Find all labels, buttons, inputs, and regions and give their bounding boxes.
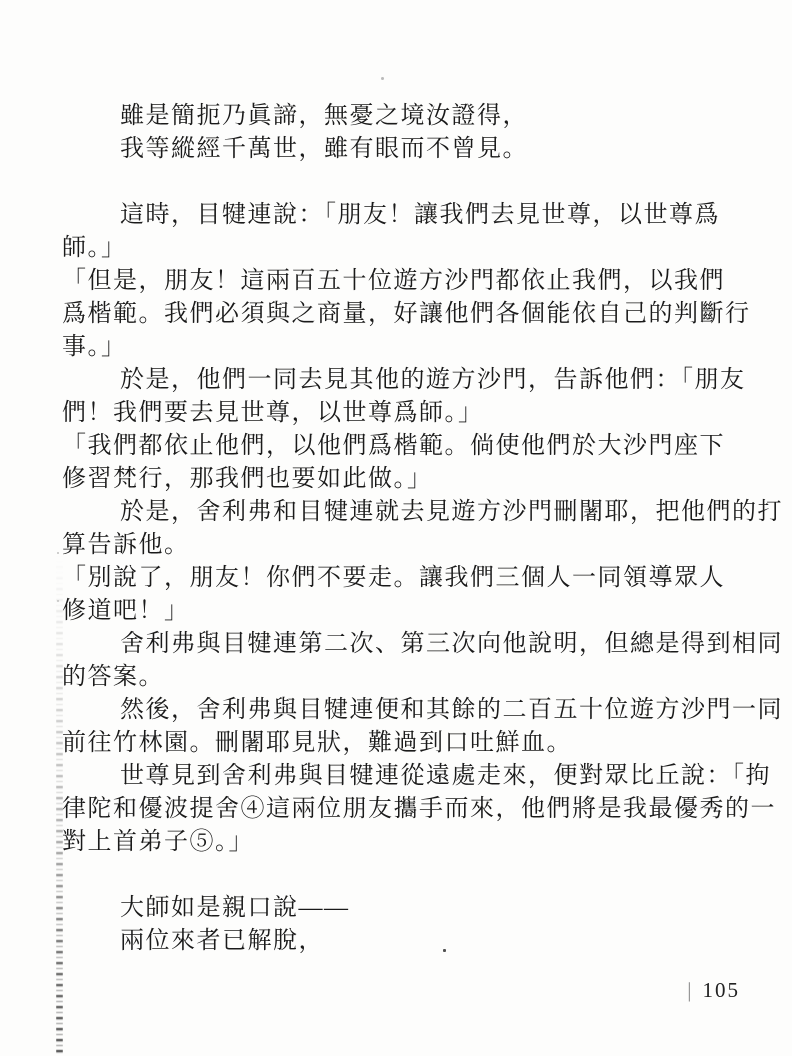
blank-line (62, 859, 738, 892)
paragraph: 於是，他們一同去見其他的遊方沙門，告訴他們：「朋友 們！我們要去見世尊，以世尊爲… (62, 364, 738, 430)
text-line: 事。」 (62, 331, 738, 364)
paragraph: 然後，舍利弗與目犍連便和其餘的二百五十位遊方沙門一同 前往竹林園。刪闍耶見狀，難… (62, 694, 738, 760)
text-line: 這時，目犍連說：「朋友！讓我們去見世尊，以世尊爲 (62, 199, 738, 232)
text-line: 前往竹林園。刪闍耶見狀，難過到口吐鮮血。 (62, 727, 738, 760)
closing-verse: 大師如是親口說—— 兩位來者已解脫， (62, 892, 738, 958)
text-line: 然後，舍利弗與目犍連便和其餘的二百五十位遊方沙門一同 (62, 694, 738, 727)
book-page: 雖是簡扼乃眞諦，無憂之境汝證得， 我等縱經千萬世，雖有眼而不曾見。 這時，目犍連… (0, 0, 792, 1056)
text-line: 爲楷範。我們必須與之商量，好讓他們各個能依自己的判斷行 (62, 298, 738, 331)
paragraph: 這時，目犍連說：「朋友！讓我們去見世尊，以世尊爲 師。」 (62, 199, 738, 265)
ink-speck (443, 949, 446, 952)
text-line: 們！我們要去見世尊，以世尊爲師。」 (62, 397, 738, 430)
text-line: 「但是，朋友！這兩百五十位遊方沙門都依止我們，以我們 (62, 265, 738, 298)
text-block: 雖是簡扼乃眞諦，無憂之境汝證得， 我等縱經千萬世，雖有眼而不曾見。 這時，目犍連… (62, 100, 738, 958)
text-line: 舍利弗與目犍連第二次、第三次向他說明，但總是得到相同 (62, 628, 738, 661)
page-number-value: 105 (703, 978, 741, 1002)
verse-line: 雖是簡扼乃眞諦，無憂之境汝證得， (62, 100, 738, 133)
paragraph: 於是，舍利弗和目犍連就去見遊方沙門刪闍耶，把他們的打 算告訴他。 (62, 496, 738, 562)
text-line: 「我們都依止他們，以他們爲楷範。倘使他們於大沙門座下 (62, 430, 738, 463)
text-line: 於是，他們一同去見其他的遊方沙門，告訴他們：「朋友 (62, 364, 738, 397)
paragraph: 舍利弗與目犍連第二次、第三次向他說明，但總是得到相同 的答案。 (62, 628, 738, 694)
text-line: 的答案。 (62, 661, 738, 694)
page-number-separator: | (687, 978, 693, 1002)
paragraph: 「但是，朋友！這兩百五十位遊方沙門都依止我們，以我們 爲楷範。我們必須與之商量，… (62, 265, 738, 364)
verse-line: 我等縱經千萬世，雖有眼而不曾見。 (62, 133, 738, 166)
text-line: 修道吧！」 (62, 595, 738, 628)
ink-speck (57, 600, 59, 602)
text-line: 對上首弟子⑤。」 (62, 826, 738, 859)
paragraph: 世尊見到舍利弗與目犍連從遠處走來，便對眾比丘說：「拘 律陀和優波提舍④這兩位朋友… (62, 760, 738, 859)
ink-speck (381, 77, 384, 80)
paragraph: 「我們都依止他們，以他們爲楷範。倘使他們於大沙門座下 修習梵行，那我們也要如此做… (62, 430, 738, 496)
text-line: 「別說了，朋友！你們不要走。讓我們三個人一同領導眾人 (62, 562, 738, 595)
text-line: 修習梵行，那我們也要如此做。」 (62, 463, 738, 496)
paragraph: 「別說了，朋友！你們不要走。讓我們三個人一同領導眾人 修道吧！」 (62, 562, 738, 628)
blank-line (62, 166, 738, 199)
text-line: 世尊見到舍利弗與目犍連從遠處走來，便對眾比丘說：「拘 (62, 760, 738, 793)
page-number: |105 (687, 978, 740, 1002)
text-line: 律陀和優波提舍④這兩位朋友攜手而來，他們將是我最優秀的一 (62, 793, 738, 826)
text-line: 算告訴他。 (62, 529, 738, 562)
text-line: 於是，舍利弗和目犍連就去見遊方沙門刪闍耶，把他們的打 (62, 496, 738, 529)
binding-shadow-artifact (56, 555, 63, 1056)
text-line: 師。」 (62, 232, 738, 265)
verse-line: 兩位來者已解脫， (62, 925, 738, 958)
verse-line: 大師如是親口說—— (62, 892, 738, 925)
opening-verse: 雖是簡扼乃眞諦，無憂之境汝證得， 我等縱經千萬世，雖有眼而不曾見。 (62, 100, 738, 166)
ink-speck (57, 552, 59, 554)
